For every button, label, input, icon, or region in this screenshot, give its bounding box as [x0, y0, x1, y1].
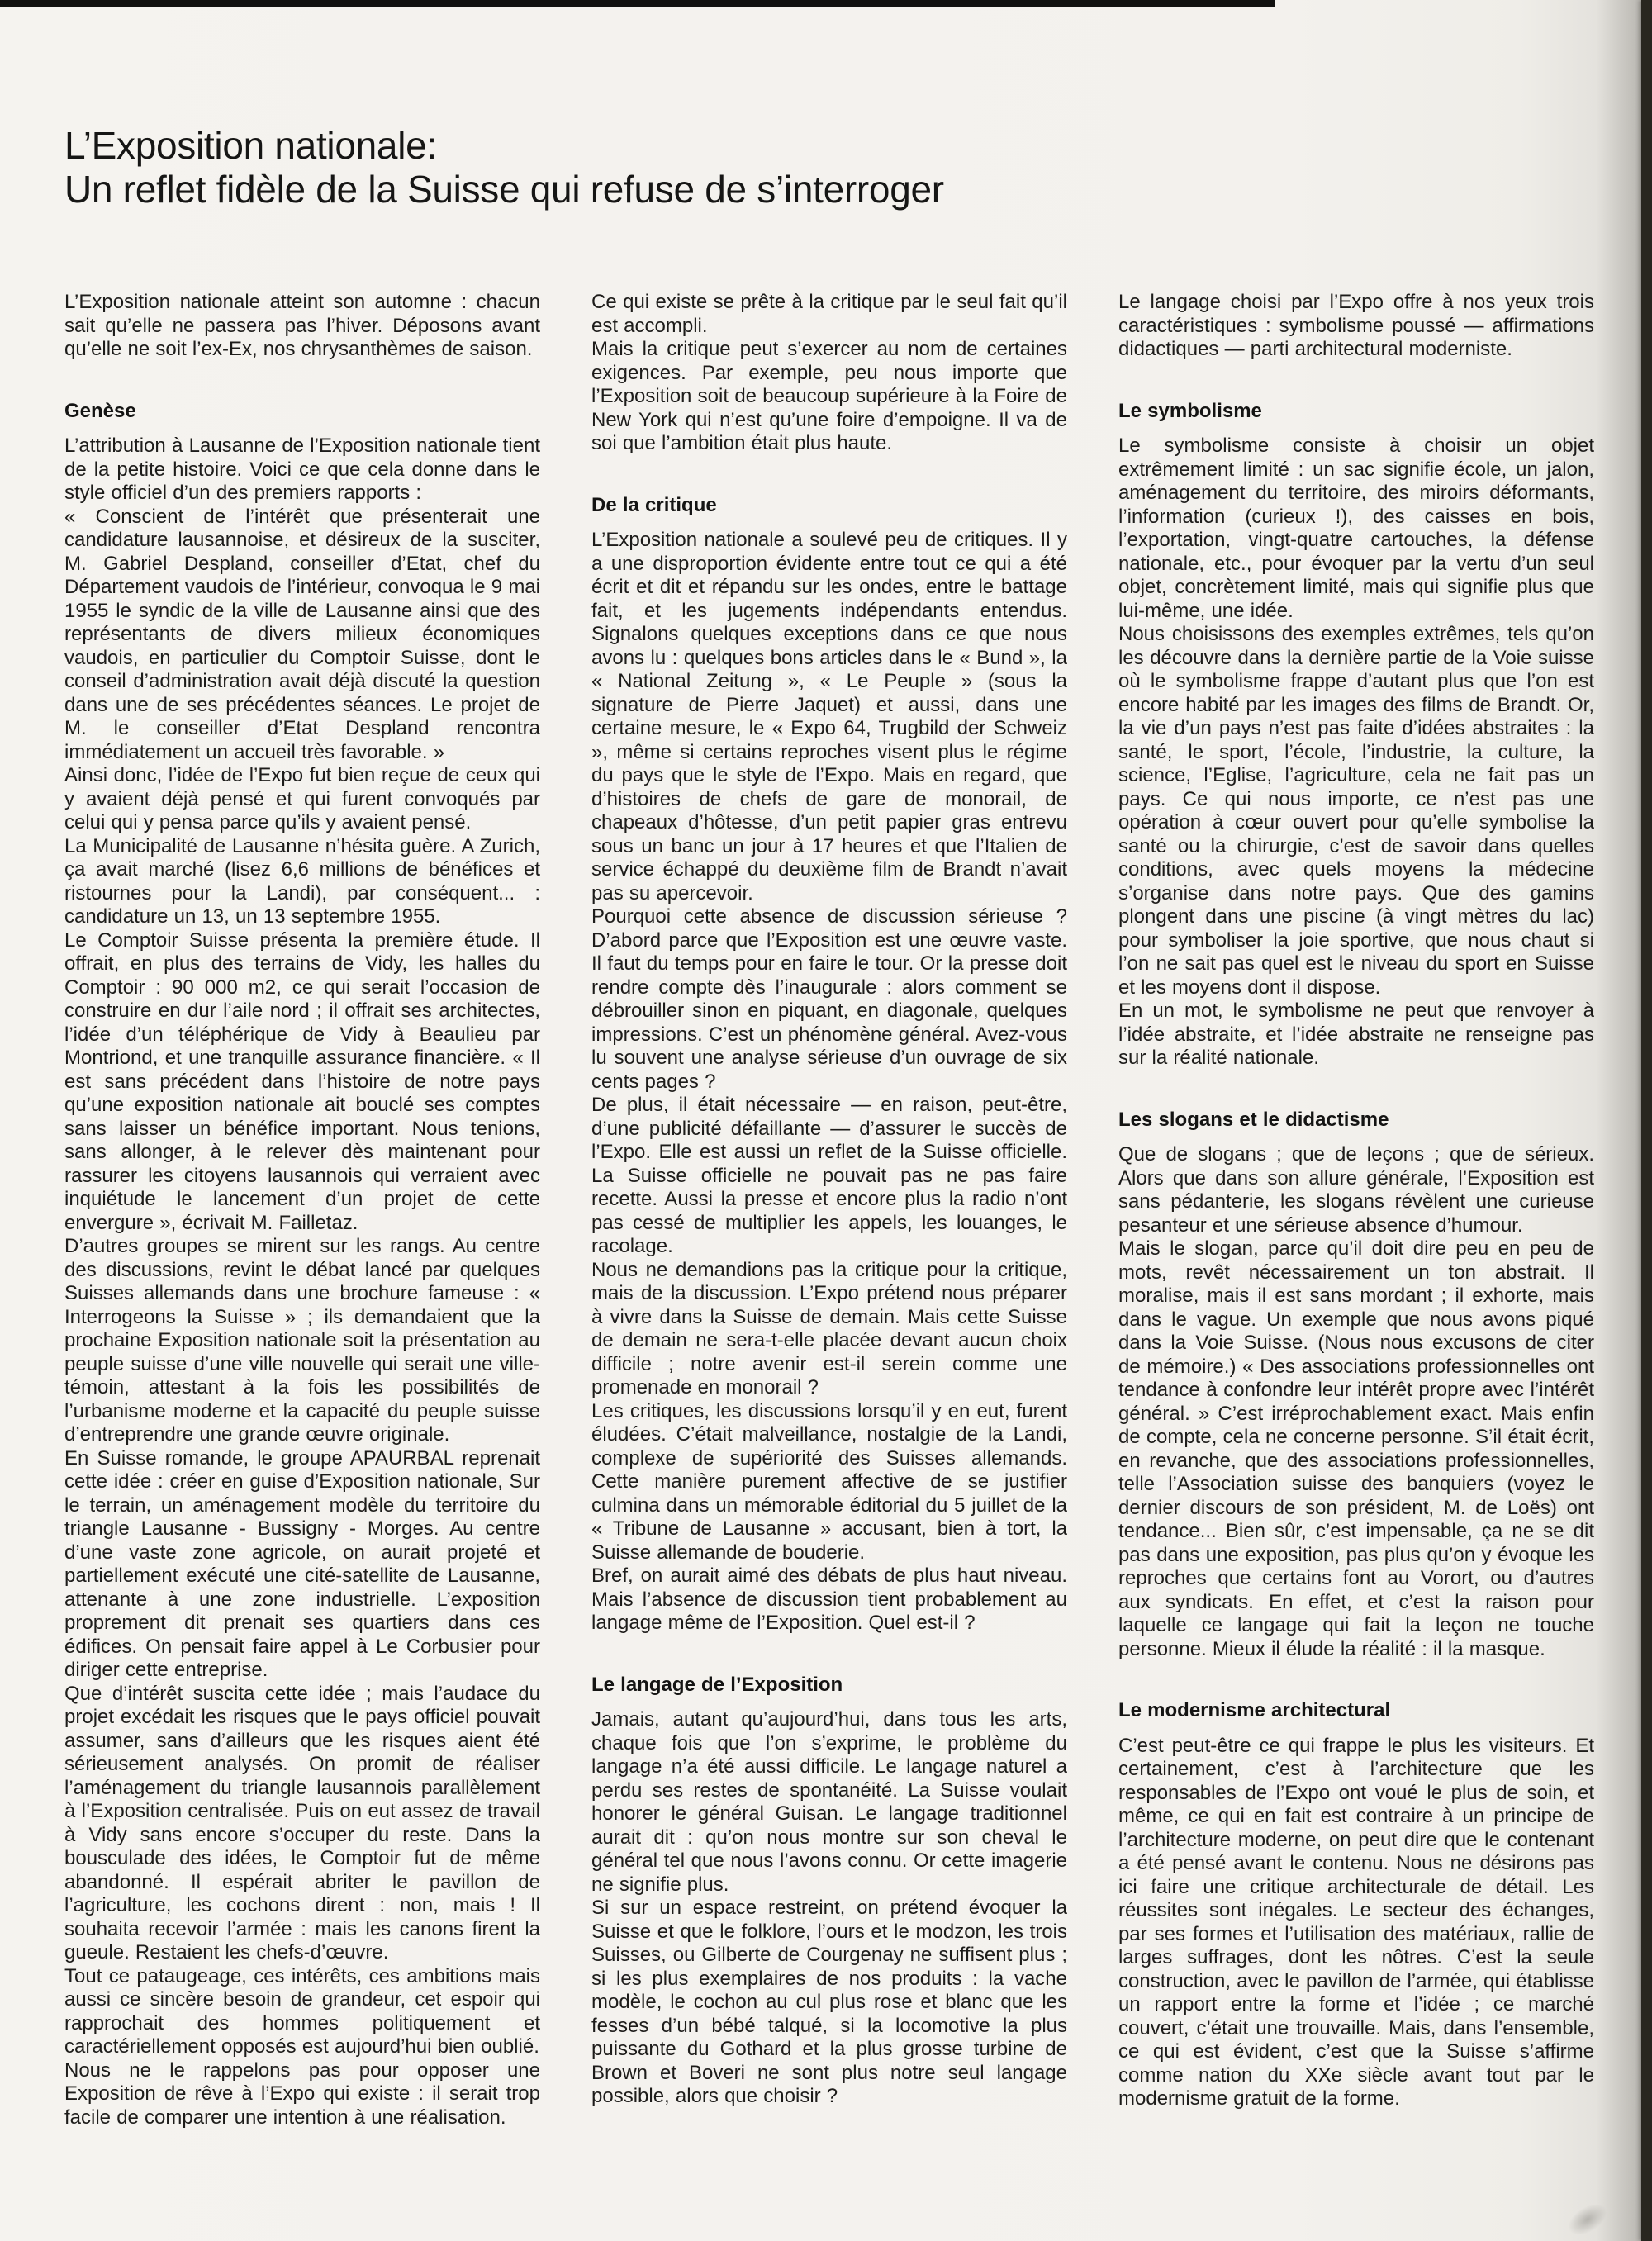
section-heading: Le modernisme architectural: [1118, 1699, 1594, 1723]
paragraph: Ce qui existe se prête à la critique par…: [591, 291, 1067, 338]
paragraph: Nous choisissons des exemples extrêmes, …: [1118, 623, 1594, 999]
paragraph: L’attribution à Lausanne de l’Exposition…: [64, 434, 540, 506]
scan-edge-top-bar: [0, 0, 1275, 7]
section-heading: Les slogans et le didactisme: [1118, 1109, 1594, 1132]
headline-line2: Un reflet fidèle de la Suisse qui refuse…: [64, 168, 944, 211]
paragraph: Que de slogans ; que de leçons ; que de …: [1118, 1143, 1594, 1237]
intro-paragraph: L’Exposition nationale atteint son autom…: [64, 291, 540, 362]
paragraph: Si sur un espace restreint, on prétend é…: [591, 1897, 1067, 2109]
paragraph: En Suisse romande, le groupe APAURBAL re…: [64, 1447, 540, 1683]
paragraph: Pourquoi cette absence de discussion sér…: [591, 905, 1067, 1094]
text-column-1: L’Exposition nationale atteint son autom…: [64, 291, 540, 2129]
page-edge-line: [1641, 0, 1652, 2241]
section-heading: Genèse: [64, 400, 540, 424]
paragraph: Les critiques, les discussions lorsqu’il…: [591, 1400, 1067, 1565]
page-edge-shadow: [1596, 0, 1641, 2241]
paragraph: Nous ne demandions pas la critique pour …: [591, 1259, 1067, 1400]
paragraph: Ainsi donc, l’idée de l’Expo fut bien re…: [64, 764, 540, 835]
section-heading: Le langage de l’Exposition: [591, 1674, 1067, 1697]
paragraph: D’autres groupes se mirent sur les rangs…: [64, 1235, 540, 1447]
paragraph: De plus, il était nécessaire — en raison…: [591, 1094, 1067, 1259]
paragraph: Mais la critique peut s’exercer au nom d…: [591, 338, 1067, 456]
paragraph: Le symbolisme consiste à choisir un obje…: [1118, 434, 1594, 623]
paragraph: Mais le slogan, parce qu’il doit dire pe…: [1118, 1237, 1594, 1661]
headline-line1: L’Exposition nationale:: [64, 124, 944, 168]
paragraph: Jamais, autant qu’aujourd’hui, dans tous…: [591, 1708, 1067, 1897]
paragraph: En un mot, le symbolisme ne peut que ren…: [1118, 999, 1594, 1071]
paragraph: C’est peut-être ce qui frappe le plus le…: [1118, 1735, 1594, 2111]
section-heading: De la critique: [591, 494, 1067, 518]
section-heading: Le symbolisme: [1118, 400, 1594, 424]
paragraph: Que d’intérêt suscita cette idée ; mais …: [64, 1683, 540, 1965]
article-headline: L’Exposition nationale: Un reflet fidèle…: [64, 124, 944, 211]
paragraph: L’Exposition nationale a soulevé peu de …: [591, 529, 1067, 905]
paragraph: La Municipalité de Lausanne n’hésita guè…: [64, 835, 540, 929]
scanned-article-page: { "colors": { "paper": "#f3f1ed", "ink":…: [0, 0, 1652, 2241]
text-column-2: Ce qui existe se prête à la critique par…: [591, 291, 1067, 2109]
paragraph: Le langage choisi par l’Expo offre à nos…: [1118, 291, 1594, 362]
paragraph: Nous ne le rappelons pas pour opposer un…: [64, 2059, 540, 2130]
paragraph: Le Comptoir Suisse présenta la première …: [64, 929, 540, 1236]
paragraph: « Conscient de l’intérêt que présenterai…: [64, 506, 540, 765]
text-column-3: Le langage choisi par l’Expo offre à nos…: [1118, 291, 1594, 2111]
paragraph: Tout ce pataugeage, ces intérêts, ces am…: [64, 1965, 540, 2059]
paragraph: Bref, on aurait aimé des débats de plus …: [591, 1564, 1067, 1636]
